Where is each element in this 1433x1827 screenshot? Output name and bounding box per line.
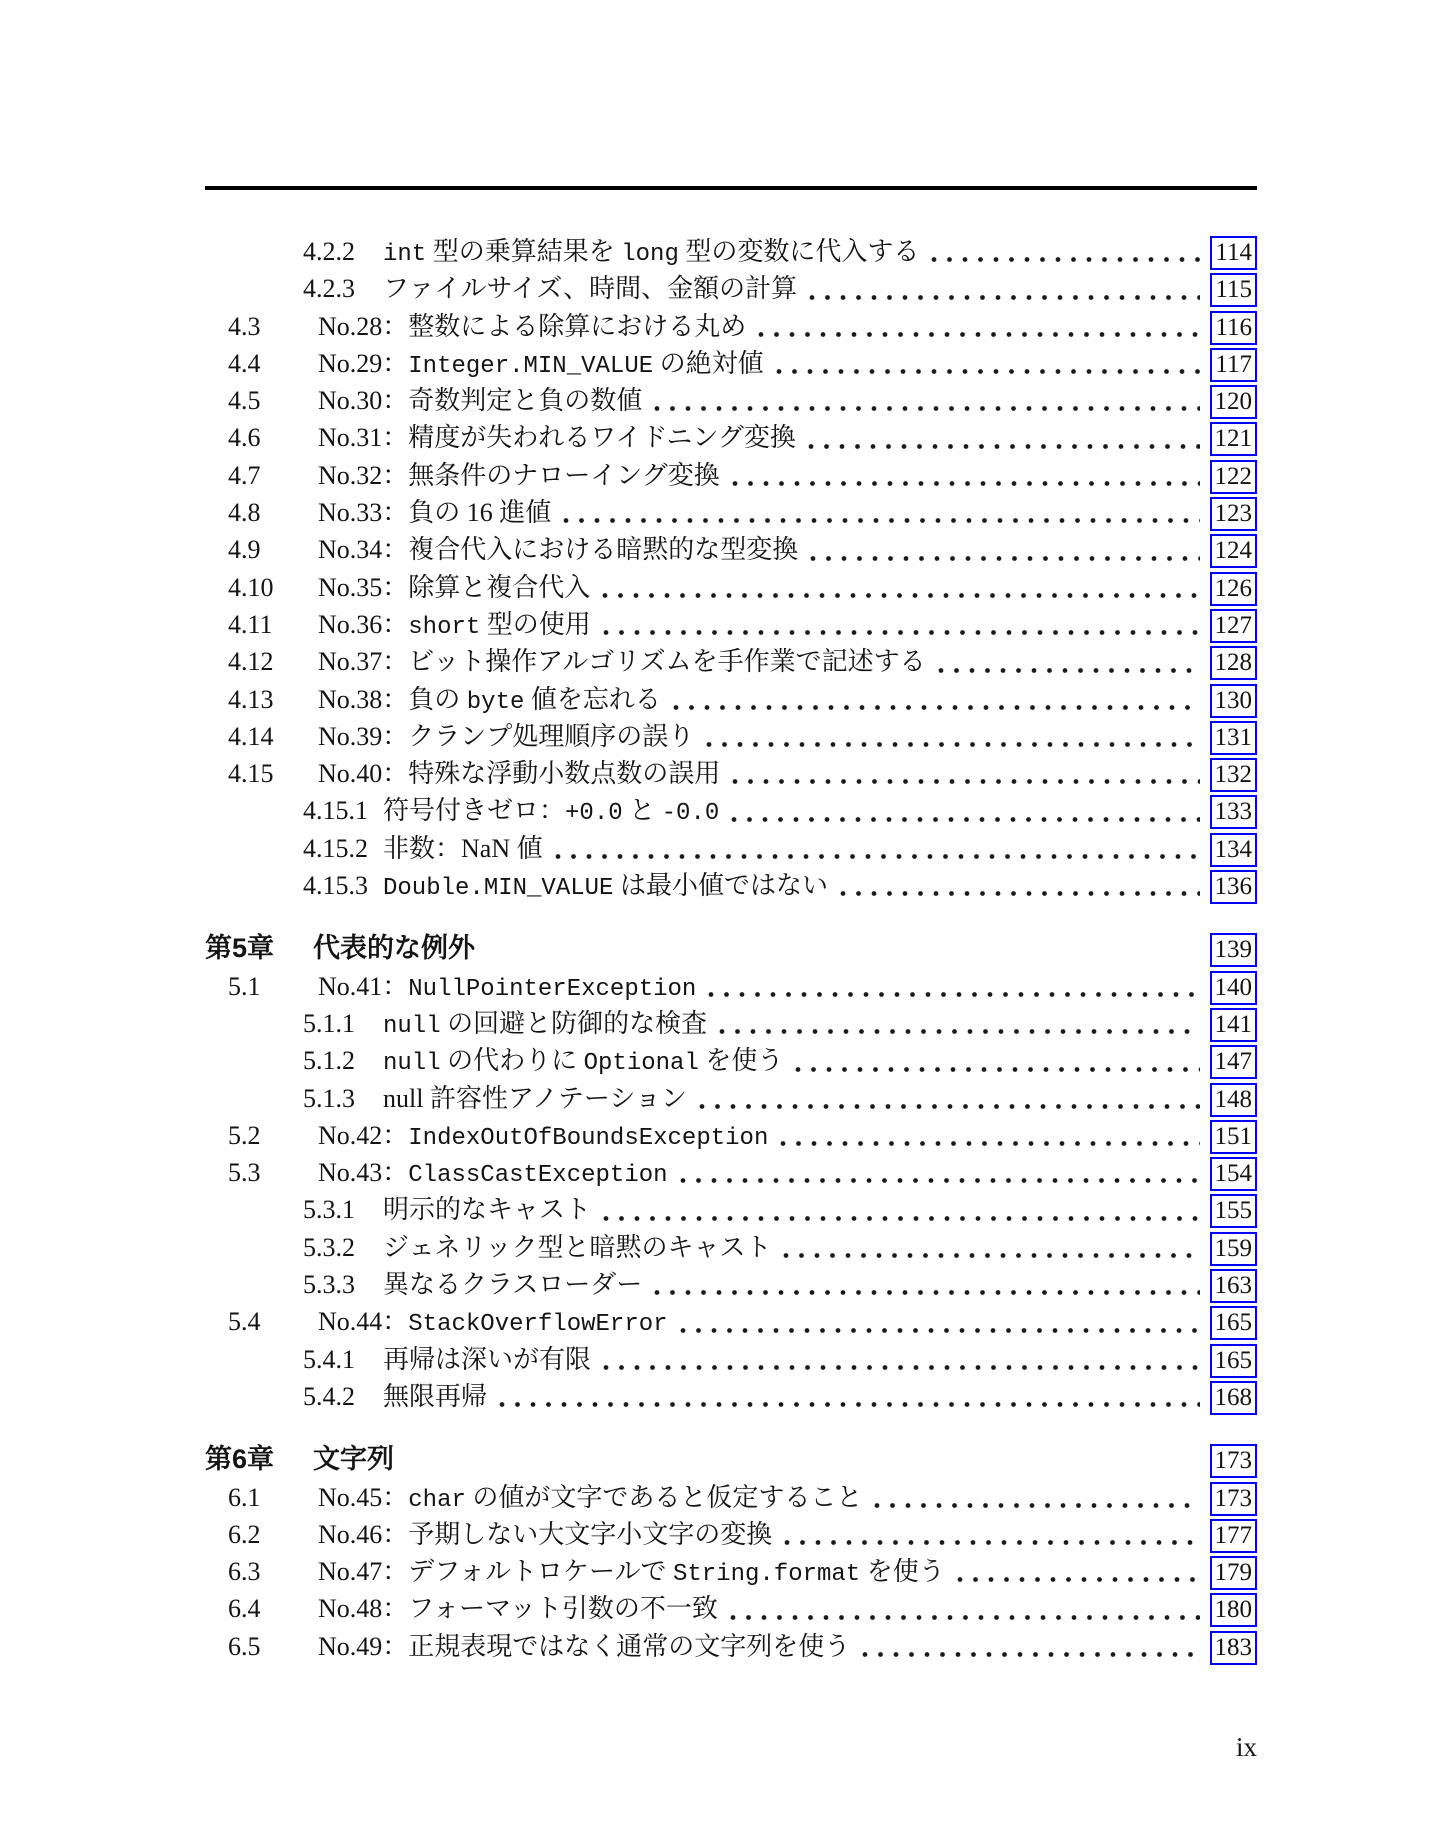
toc-title-text-segment: No.30：奇数判定と負の数値 (318, 386, 642, 415)
toc-page-link[interactable]: 128 (1210, 646, 1258, 680)
toc-page-link[interactable]: 147 (1210, 1045, 1258, 1079)
toc-title-text-segment: No.35：除算と複合代入 (318, 573, 590, 602)
toc-page-link[interactable]: 115 (1210, 273, 1257, 307)
dot-leader (730, 1614, 1200, 1621)
toc-page-link[interactable]: 124 (1210, 534, 1258, 568)
toc-page-link[interactable]: 183 (1210, 1631, 1258, 1665)
toc-page-link[interactable]: 140 (1210, 971, 1258, 1005)
toc-title-text-segment: 明示的なキャスト (383, 1195, 591, 1224)
toc-entry: 6.4No.48：フォーマット引数の不一致180 (205, 1590, 1257, 1627)
toc-page-link[interactable]: 130 (1210, 684, 1258, 718)
toc-entry-title: No.36：short 型の使用 (318, 606, 591, 646)
toc-page-link[interactable]: 126 (1210, 572, 1258, 606)
toc-title-text-segment: No.39：クランプ処理順序の誤り (318, 722, 694, 751)
toc-entry: 4.15.1符号付きゼロ：+0.0 と -0.0133 (205, 792, 1257, 829)
dot-leader (784, 1539, 1199, 1546)
toc-page-link[interactable]: 173 (1210, 1482, 1258, 1516)
toc-entry-title: No.42：IndexOutOfBoundsException (318, 1117, 768, 1157)
toc-entry: 4.14No.39：クランプ処理順序の誤り131 (205, 718, 1257, 755)
toc-page-link[interactable]: 132 (1210, 758, 1258, 792)
toc-page-link[interactable]: 179 (1210, 1556, 1258, 1590)
toc-entry: 5.4.2無限再帰168 (205, 1378, 1257, 1415)
dot-leader (938, 667, 1200, 674)
toc-page-link[interactable]: 165 (1210, 1306, 1258, 1340)
dot-leader (808, 443, 1200, 450)
toc-page-link[interactable]: 141 (1210, 1008, 1258, 1042)
toc-page-link[interactable]: 114 (1210, 236, 1257, 270)
toc-entry-number: 4.2.3 (303, 270, 383, 307)
toc-page-link[interactable]: 177 (1210, 1519, 1258, 1553)
dot-leader (706, 741, 1199, 748)
dot-leader (795, 1066, 1199, 1073)
toc-entry-number: 5.3.2 (303, 1229, 383, 1266)
toc-entry-number: 5.1 (228, 968, 318, 1005)
toc-entry-title: No.35：除算と複合代入 (318, 569, 590, 606)
toc-entry-title: No.39：クランプ処理順序の誤り (318, 718, 694, 755)
dot-leader (810, 555, 1199, 562)
toc-title-text-segment: No.32：無条件のナローイング変換 (318, 461, 720, 490)
toc-title-text-segment: No.31：精度が失われるワイドニング変換 (318, 423, 796, 452)
toc-title-code-segment: NullPointerException (408, 976, 696, 1003)
toc-entry: 5.1.3null 許容性アノテーション148 (205, 1080, 1257, 1117)
toc-entry-title: No.47：デフォルトロケールで String.format を使う (318, 1553, 945, 1593)
dot-leader (809, 294, 1200, 301)
toc-entry-title: null の代わりに Optional を使う (383, 1042, 783, 1082)
toc-entry: 第5章代表的な例外139 (205, 930, 1257, 967)
toc-title-text-segment: No.40：特殊な浮動小数点数の誤用 (318, 759, 720, 788)
toc-entry-title: No.44：StackOverflowError (318, 1303, 668, 1343)
toc-page-link[interactable]: 163 (1210, 1269, 1258, 1303)
toc-title-text-segment: 非数：NaN 値 (383, 834, 543, 863)
toc-title-text-segment: 再帰は深いが有限 (383, 1345, 591, 1374)
toc-page-link[interactable]: 180 (1210, 1593, 1258, 1627)
toc-entry-number: 5.2 (228, 1117, 318, 1154)
toc-entry-title: 非数：NaN 値 (383, 830, 543, 867)
toc-title-text-segment: No.45： (318, 1483, 408, 1512)
toc-title-text-segment: 型の使用 (480, 610, 591, 639)
toc-entry: 6.2No.46：予期しない大文字小文字の変換177 (205, 1516, 1257, 1553)
dot-leader (732, 778, 1199, 785)
dot-leader (555, 853, 1200, 860)
toc-entry: 4.8No.33：負の 16 進値123 (205, 494, 1257, 531)
toc-page-link[interactable]: 117 (1210, 348, 1257, 382)
toc-entry-number: 5.1.3 (303, 1080, 383, 1117)
toc-entry-title: No.41：NullPointerException (318, 968, 696, 1008)
toc-entry-title: No.38：負の byte 値を忘れる (318, 681, 661, 721)
toc-entry: 5.2No.42：IndexOutOfBoundsException151 (205, 1117, 1257, 1154)
toc-title-text-segment: と (623, 796, 662, 825)
dot-leader (731, 816, 1199, 823)
dot-leader (603, 1364, 1199, 1371)
dot-leader (680, 1177, 1200, 1184)
toc-entry-title: No.49：正規表現ではなく通常の文字列を使う (318, 1628, 850, 1665)
toc-entry-number: 5.3.1 (303, 1191, 383, 1228)
toc-entry-number: 5.4.1 (303, 1341, 383, 1378)
toc-title-text-segment: No.42： (318, 1121, 408, 1150)
toc-entry-number: 4.15.3 (303, 867, 383, 904)
dot-leader (680, 1327, 1200, 1334)
toc-entry: 5.3No.43：ClassCastException154 (205, 1154, 1257, 1191)
toc-entry-number: 5.1.2 (303, 1042, 383, 1079)
toc-entry: 5.3.2ジェネリック型と暗黙のキャスト159 (205, 1229, 1257, 1266)
toc-entry: 4.15.3Double.MIN_VALUE は最小値ではない136 (205, 867, 1257, 904)
toc-title-text-segment: 符号付きゼロ： (383, 796, 565, 825)
toc-entry-title: 異なるクラスローダー (383, 1266, 642, 1303)
toc-title-code-segment: char (408, 1487, 466, 1514)
toc-page-link[interactable]: 120 (1210, 385, 1258, 419)
toc-title-text-segment: の絶対値 (653, 349, 764, 378)
dot-leader (563, 517, 1199, 524)
toc-entry: 6.1No.45：char の値が文字であると仮定すること173 (205, 1479, 1257, 1516)
toc-entry-number: 第5章 (205, 930, 313, 967)
toc-entry-title: No.37：ビット操作アルゴリズムを手作業で記述する (318, 643, 926, 680)
toc-entry-number: 6.5 (228, 1628, 318, 1665)
toc-page-link[interactable]: 123 (1210, 497, 1258, 531)
toc-entry: 6.3No.47：デフォルトロケールで String.format を使う179 (205, 1553, 1257, 1590)
toc-title-text-segment: No.46：予期しない大文字小文字の変換 (318, 1520, 772, 1549)
dot-leader (487, 954, 1200, 961)
toc-entry: 5.4No.44：StackOverflowError165 (205, 1303, 1257, 1340)
dot-leader (758, 331, 1200, 338)
toc-entry: 第6章文字列173 (205, 1441, 1257, 1478)
toc-title-code-segment: null (383, 1013, 441, 1040)
dot-leader (776, 368, 1201, 375)
toc-entry-title: No.28：整数による除算における丸め (318, 308, 746, 345)
toc-title-text-segment: 無限再帰 (383, 1382, 487, 1411)
toc-entry-title: No.31：精度が失われるワイドニング変換 (318, 419, 796, 456)
toc-entry-title: ジェネリック型と暗黙のキャスト (383, 1229, 771, 1266)
toc-entry-title: null の回避と防御的な検査 (383, 1005, 707, 1045)
toc-title-code-segment: -0.0 (662, 800, 720, 827)
toc-entry-title: No.30：奇数判定と負の数値 (318, 382, 642, 419)
toc-entry-number: 4.5 (228, 382, 318, 419)
toc-entry: 5.4.1再帰は深いが有限165 (205, 1341, 1257, 1378)
page-footer: ix (205, 1732, 1257, 1763)
toc-entry-number: 4.8 (228, 494, 318, 531)
toc-entry-number: 4.12 (228, 643, 318, 680)
toc-entry-number: 4.11 (228, 606, 318, 643)
toc-entry-number: 4.4 (228, 345, 318, 382)
toc-entry-number: 4.15.2 (303, 830, 383, 867)
toc-entry-number: 4.2.2 (303, 233, 383, 270)
toc-title-code-segment: IndexOutOfBoundsException (408, 1125, 768, 1152)
toc-title-text-segment: 型の乗算結果を (426, 237, 621, 266)
toc-entry-title: 無限再帰 (383, 1378, 487, 1415)
toc-title-text-segment: No.44： (318, 1307, 408, 1336)
toc-entry-title: Double.MIN_VALUE は最小値ではない (383, 867, 828, 907)
toc-entry-title: No.34：複合代入における暗黙的な型変換 (318, 531, 798, 568)
toc-page-link[interactable]: 136 (1210, 870, 1258, 904)
toc-entry: 5.1.1null の回避と防御的な検査141 (205, 1005, 1257, 1042)
toc-entry-number: 4.7 (228, 457, 318, 494)
toc-entry: 4.10No.35：除算と複合代入126 (205, 569, 1257, 606)
dot-leader (874, 1502, 1199, 1509)
toc-entry-number: 4.10 (228, 569, 318, 606)
toc-entry-number: 4.14 (228, 718, 318, 755)
toc-entry-number: 6.2 (228, 1516, 318, 1553)
toc-title-text-segment: は最小値ではない (613, 871, 828, 900)
toc-entry: 4.15No.40：特殊な浮動小数点数の誤用132 (205, 755, 1257, 792)
dot-leader (499, 1401, 1199, 1408)
toc-page-link[interactable]: 165 (1210, 1344, 1258, 1378)
toc-entry: 5.3.1明示的なキャスト155 (205, 1191, 1257, 1228)
toc-entry: 5.3.3異なるクラスローダー163 (205, 1266, 1257, 1303)
toc-title-text-segment: 異なるクラスローダー (383, 1270, 642, 1299)
toc-entry-number: 4.15 (228, 755, 318, 792)
toc-title-text-segment: 代表的な例外 (313, 933, 475, 963)
toc-title-code-segment: short (408, 614, 480, 641)
dot-leader (654, 1289, 1199, 1296)
toc-title-text-segment: No.43： (318, 1158, 408, 1187)
toc-page-link[interactable]: 116 (1210, 311, 1257, 345)
toc-title-code-segment: Optional (584, 1050, 699, 1077)
dot-leader (862, 1651, 1199, 1658)
toc-title-text-segment: 値を忘れる (524, 685, 661, 714)
toc-title-text-segment: null 許容性アノテーション (383, 1084, 687, 1113)
toc-entry-title: 代表的な例外 (313, 930, 475, 967)
toc-entry: 4.6No.31：精度が失われるワイドニング変換121 (205, 419, 1257, 456)
toc-entry-number: 第6章 (205, 1441, 313, 1478)
toc-title-text-segment: No.37：ビット操作アルゴリズムを手作業で記述する (318, 647, 926, 676)
toc-title-text-segment: No.28：整数による除算における丸め (318, 312, 746, 341)
dot-leader (603, 629, 1200, 636)
toc-entry: 4.5No.30：奇数判定と負の数値120 (205, 382, 1257, 419)
dot-leader (406, 1465, 1200, 1472)
toc-title-code-segment: int (383, 241, 426, 268)
toc-entry-title: 符号付きゼロ：+0.0 と -0.0 (383, 792, 719, 832)
toc-entry-title: ファイルサイズ、時間、金額の計算 (383, 270, 797, 307)
toc-page-link[interactable]: 173 (1210, 1444, 1258, 1478)
toc-entry-title: No.40：特殊な浮動小数点数の誤用 (318, 755, 720, 792)
toc-title-text-segment: ファイルサイズ、時間、金額の計算 (383, 274, 797, 303)
dot-leader (783, 1252, 1199, 1259)
toc-title-text-segment: 型の変数に代入する (679, 237, 920, 266)
toc-page-link[interactable]: 122 (1210, 460, 1258, 494)
toc-title-code-segment: byte (467, 689, 525, 716)
toc-entry-title: No.32：無条件のナローイング変換 (318, 457, 720, 494)
toc-title-text-segment: ジェネリック型と暗黙のキャスト (383, 1233, 771, 1262)
dot-leader (603, 1215, 1199, 1222)
toc-entry-title: 再帰は深いが有限 (383, 1341, 591, 1378)
toc-entry: 4.3No.28：整数による除算における丸め116 (205, 308, 1257, 345)
toc-title-code-segment: ClassCastException (408, 1162, 667, 1189)
dot-leader (654, 405, 1199, 412)
dot-leader (673, 704, 1200, 711)
toc-entry-title: No.45：char の値が文字であると仮定すること (318, 1479, 862, 1519)
dot-leader (840, 890, 1200, 897)
toc-title-text-segment: 文字列 (313, 1444, 394, 1474)
toc-entry: 4.15.2非数：NaN 値134 (205, 830, 1257, 867)
toc-entry-title: null 許容性アノテーション (383, 1080, 687, 1117)
toc-entry: 4.2.3ファイルサイズ、時間、金額の計算115 (205, 270, 1257, 307)
toc-entry-number: 6.4 (228, 1590, 318, 1627)
toc-page-link[interactable]: 139 (1210, 933, 1258, 967)
toc-title-text-segment: No.49：正規表現ではなく通常の文字列を使う (318, 1632, 850, 1661)
toc-title-text-segment: の代わりに (441, 1046, 584, 1075)
toc-page-link[interactable]: 127 (1210, 609, 1258, 643)
toc-title-code-segment: +0.0 (565, 800, 623, 827)
toc-entry: 4.13No.38：負の byte 値を忘れる130 (205, 681, 1257, 718)
toc-entry-number: 6.3 (228, 1553, 318, 1590)
toc-entry: 5.1.2null の代わりに Optional を使う147 (205, 1042, 1257, 1079)
toc-entry-number: 4.13 (228, 681, 318, 718)
toc-entry-title: No.46：予期しない大文字小文字の変換 (318, 1516, 772, 1553)
toc-page-link[interactable]: 148 (1210, 1083, 1258, 1117)
table-of-contents: 4.2.2int 型の乗算結果を long 型の変数に代入する1144.2.3フ… (205, 233, 1257, 1665)
toc-entry-number: 5.3 (228, 1154, 318, 1191)
toc-entry: 5.1No.41：NullPointerException140 (205, 968, 1257, 1005)
dot-leader (708, 991, 1199, 998)
toc-title-text-segment: の回避と防御的な検査 (441, 1009, 708, 1038)
toc-entry-title: 文字列 (313, 1441, 394, 1478)
toc-entry-title: int 型の乗算結果を long 型の変数に代入する (383, 233, 919, 273)
toc-entry: 6.5No.49：正規表現ではなく通常の文字列を使う183 (205, 1628, 1257, 1665)
dot-leader (931, 256, 1200, 263)
toc-entry-title: No.48：フォーマット引数の不一致 (318, 1590, 718, 1627)
toc-title-code-segment: Double.MIN_VALUE (383, 875, 613, 902)
toc-page-link[interactable]: 159 (1210, 1232, 1258, 1266)
toc-title-text-segment: No.47：デフォルトロケールで (318, 1557, 673, 1586)
dot-leader (699, 1103, 1200, 1110)
toc-page-link[interactable]: 151 (1210, 1120, 1258, 1154)
toc-title-text-segment: No.38：負の (318, 685, 467, 714)
toc-entry-number: 5.4 (228, 1303, 318, 1340)
toc-entry-number: 4.9 (228, 531, 318, 568)
toc-title-text-segment: を使う (699, 1046, 784, 1075)
toc-entry-number: 4.3 (228, 308, 318, 345)
dot-leader (957, 1576, 1200, 1583)
dot-leader (602, 592, 1199, 599)
toc-entry-number: 4.6 (228, 419, 318, 456)
toc-page-link[interactable]: 134 (1210, 833, 1258, 867)
toc-title-code-segment: Integer.MIN_VALUE (408, 353, 653, 380)
toc-entry-title: No.29：Integer.MIN_VALUE の絶対値 (318, 345, 764, 385)
toc-entry-title: 明示的なキャスト (383, 1191, 591, 1228)
toc-page-link[interactable]: 154 (1210, 1157, 1258, 1191)
toc-page-link[interactable]: 155 (1210, 1194, 1258, 1228)
dot-leader (732, 480, 1200, 487)
toc-page-link[interactable]: 133 (1210, 795, 1258, 829)
toc-entry-title: No.43：ClassCastException (318, 1154, 668, 1194)
toc-page-link[interactable]: 121 (1210, 422, 1258, 456)
toc-title-code-segment: StackOverflowError (408, 1311, 667, 1338)
toc-entry-number: 5.3.3 (303, 1266, 383, 1303)
toc-entry-number: 6.1 (228, 1479, 318, 1516)
toc-title-code-segment: String.format (673, 1561, 860, 1588)
toc-entry: 4.2.2int 型の乗算結果を long 型の変数に代入する114 (205, 233, 1257, 270)
toc-title-text-segment: No.34：複合代入における暗黙的な型変換 (318, 535, 798, 564)
toc-page-link[interactable]: 168 (1210, 1381, 1258, 1415)
toc-entry: 4.12No.37：ビット操作アルゴリズムを手作業で記述する128 (205, 643, 1257, 680)
toc-entry: 4.9No.34：複合代入における暗黙的な型変換124 (205, 531, 1257, 568)
dot-leader (719, 1028, 1199, 1035)
toc-page-link[interactable]: 131 (1210, 721, 1258, 755)
toc-entry: 4.7No.32：無条件のナローイング変換122 (205, 457, 1257, 494)
toc-title-text-segment: を使う (860, 1557, 945, 1586)
toc-title-text-segment: No.41： (318, 972, 408, 1001)
header-rule (205, 186, 1257, 190)
toc-entry-number: 5.4.2 (303, 1378, 383, 1415)
folio-page-number: ix (1236, 1732, 1257, 1762)
toc-title-text-segment: No.33：負の 16 進値 (318, 498, 551, 527)
toc-entry: 4.4No.29：Integer.MIN_VALUE の絶対値117 (205, 345, 1257, 382)
toc-title-code-segment: null (383, 1050, 441, 1077)
toc-entry-title: No.33：負の 16 進値 (318, 494, 551, 531)
toc-title-text-segment: No.36： (318, 610, 408, 639)
dot-leader (780, 1140, 1199, 1147)
toc-entry-number: 4.15.1 (303, 792, 383, 829)
toc-title-text-segment: No.48：フォーマット引数の不一致 (318, 1594, 718, 1623)
toc-title-text-segment: の値が文字であると仮定すること (466, 1483, 863, 1512)
toc-entry: 4.11No.36：short 型の使用127 (205, 606, 1257, 643)
toc-title-code-segment: long (621, 241, 679, 268)
toc-title-text-segment: No.29： (318, 349, 408, 378)
toc-entry-number: 5.1.1 (303, 1005, 383, 1042)
